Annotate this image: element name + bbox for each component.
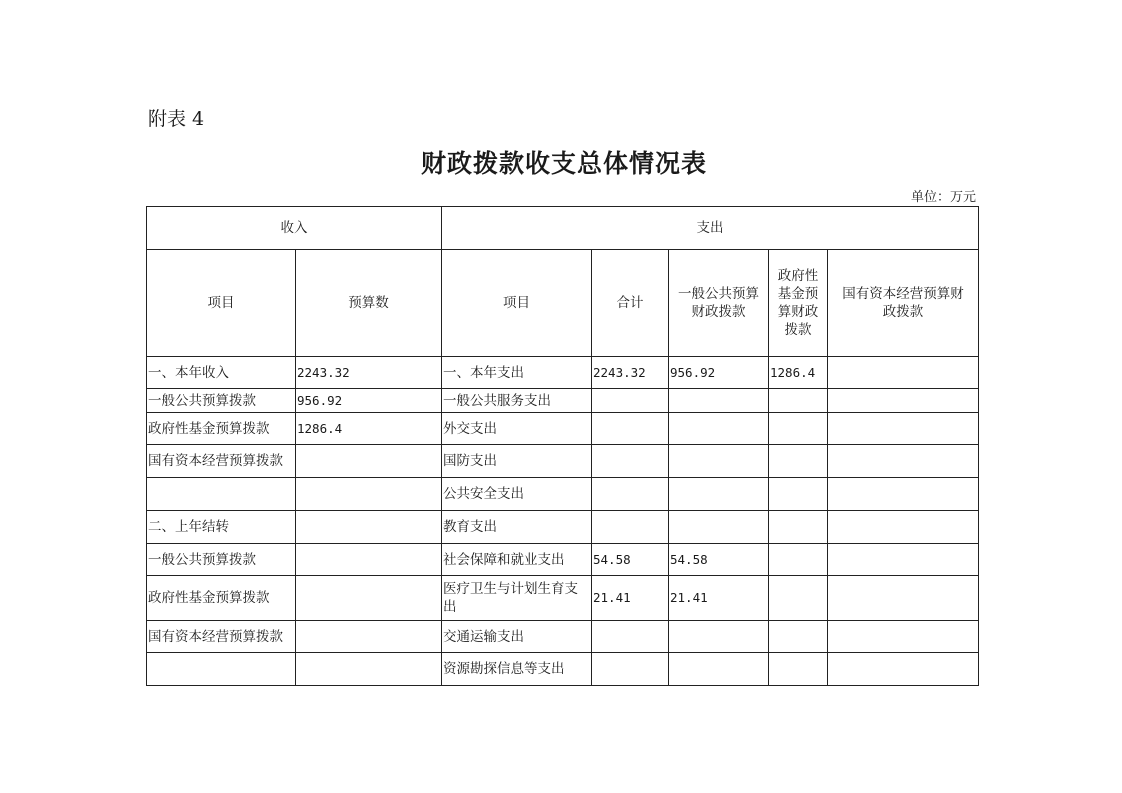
- expense-general-cell: [669, 621, 769, 653]
- income-budget-cell: 1286.4: [296, 413, 442, 445]
- expense-govfund-cell: [769, 544, 828, 576]
- table-row: 一、本年收入2243.32一、本年支出2243.32956.921286.4: [147, 357, 979, 389]
- unit-label: 单位：万元: [911, 186, 976, 205]
- expense-total-cell: [592, 445, 669, 478]
- table-row: 一般公共预算拨款956.92一般公共服务支出: [147, 389, 979, 413]
- expense-stateowned-cell: [828, 576, 979, 621]
- expense-govfund-cell: [769, 445, 828, 478]
- header-expense-item: 项目: [442, 250, 592, 357]
- table-row: 国有资本经营预算拨款交通运输支出: [147, 621, 979, 653]
- expense-total-cell: [592, 389, 669, 413]
- expense-stateowned-cell: [828, 478, 979, 511]
- expense-item-cell: 一般公共服务支出: [442, 389, 592, 413]
- income-budget-cell: 956.92: [296, 389, 442, 413]
- expense-total-cell: [592, 511, 669, 544]
- income-item-cell: 政府性基金预算拨款: [147, 576, 296, 621]
- expense-item-cell: 一、本年支出: [442, 357, 592, 389]
- expense-item-cell: 外交支出: [442, 413, 592, 445]
- table-row: 资源勘探信息等支出: [147, 653, 979, 686]
- income-budget-cell: [296, 511, 442, 544]
- expense-stateowned-cell: [828, 389, 979, 413]
- header-income-item: 项目: [147, 250, 296, 357]
- income-item-cell: 政府性基金预算拨款: [147, 413, 296, 445]
- expense-total-cell: [592, 478, 669, 511]
- income-item-cell: 一、本年收入: [147, 357, 296, 389]
- expense-general-cell: [669, 413, 769, 445]
- expense-stateowned-cell: [828, 653, 979, 686]
- expense-group-header: 支出: [442, 207, 979, 250]
- income-group-header: 收入: [147, 207, 442, 250]
- expense-item-cell: 社会保障和就业支出: [442, 544, 592, 576]
- expense-stateowned-cell: [828, 445, 979, 478]
- header-expense-stateowned: 国有资本经营预算财政拨款: [828, 250, 979, 357]
- expense-govfund-cell: 1286.4: [769, 357, 828, 389]
- budget-table: 收入 支出 项目 预算数 项目 合计 一般公共预算财政拨款 政府性基金预算财政拨…: [146, 206, 979, 686]
- income-item-cell: 一般公共预算拨款: [147, 389, 296, 413]
- header-expense-total: 合计: [592, 250, 669, 357]
- header-income-budget: 预算数: [296, 250, 442, 357]
- income-item-cell: 二、上年结转: [147, 511, 296, 544]
- income-item-cell: 国有资本经营预算拨款: [147, 445, 296, 478]
- income-budget-cell: [296, 621, 442, 653]
- expense-govfund-cell: [769, 413, 828, 445]
- expense-general-cell: [669, 445, 769, 478]
- expense-total-cell: 54.58: [592, 544, 669, 576]
- expense-govfund-cell: [769, 389, 828, 413]
- income-budget-cell: [296, 653, 442, 686]
- expense-total-cell: 21.41: [592, 576, 669, 621]
- expense-total-cell: [592, 413, 669, 445]
- expense-govfund-cell: [769, 653, 828, 686]
- income-item-cell: 一般公共预算拨款: [147, 544, 296, 576]
- income-budget-cell: [296, 544, 442, 576]
- attachment-label: 附表 4: [148, 104, 204, 131]
- table-row: 一般公共预算拨款社会保障和就业支出54.5854.58: [147, 544, 979, 576]
- expense-item-cell: 公共安全支出: [442, 478, 592, 511]
- expense-item-cell: 医疗卫生与计划生育支出: [442, 576, 592, 621]
- expense-total-cell: 2243.32: [592, 357, 669, 389]
- expense-item-cell: 教育支出: [442, 511, 592, 544]
- expense-stateowned-cell: [828, 413, 979, 445]
- expense-stateowned-cell: [828, 511, 979, 544]
- page-title: 财政拨款收支总体情况表: [0, 144, 1122, 180]
- expense-stateowned-cell: [828, 357, 979, 389]
- income-item-cell: 国有资本经营预算拨款: [147, 621, 296, 653]
- column-header-row: 项目 预算数 项目 合计 一般公共预算财政拨款 政府性基金预算财政拨款 国有资本…: [147, 250, 979, 357]
- expense-general-cell: [669, 389, 769, 413]
- income-item-cell: [147, 653, 296, 686]
- table-row: 政府性基金预算拨款医疗卫生与计划生育支出21.4121.41: [147, 576, 979, 621]
- income-item-cell: [147, 478, 296, 511]
- expense-item-cell: 国防支出: [442, 445, 592, 478]
- table-row: 二、上年结转教育支出: [147, 511, 979, 544]
- table-row: 政府性基金预算拨款1286.4外交支出: [147, 413, 979, 445]
- expense-govfund-cell: [769, 511, 828, 544]
- table-row: 国有资本经营预算拨款国防支出: [147, 445, 979, 478]
- expense-item-cell: 交通运输支出: [442, 621, 592, 653]
- expense-total-cell: [592, 621, 669, 653]
- header-expense-general: 一般公共预算财政拨款: [669, 250, 769, 357]
- expense-stateowned-cell: [828, 544, 979, 576]
- expense-general-cell: 956.92: [669, 357, 769, 389]
- table-row: 公共安全支出: [147, 478, 979, 511]
- header-expense-govfund: 政府性基金预算财政拨款: [769, 250, 828, 357]
- expense-total-cell: [592, 653, 669, 686]
- expense-stateowned-cell: [828, 621, 979, 653]
- group-header-row: 收入 支出: [147, 207, 979, 250]
- expense-general-cell: [669, 511, 769, 544]
- income-budget-cell: [296, 576, 442, 621]
- income-budget-cell: 2243.32: [296, 357, 442, 389]
- expense-general-cell: [669, 478, 769, 511]
- expense-govfund-cell: [769, 576, 828, 621]
- expense-item-cell: 资源勘探信息等支出: [442, 653, 592, 686]
- expense-govfund-cell: [769, 478, 828, 511]
- income-budget-cell: [296, 478, 442, 511]
- income-budget-cell: [296, 445, 442, 478]
- expense-general-cell: [669, 653, 769, 686]
- expense-general-cell: 54.58: [669, 544, 769, 576]
- expense-general-cell: 21.41: [669, 576, 769, 621]
- expense-govfund-cell: [769, 621, 828, 653]
